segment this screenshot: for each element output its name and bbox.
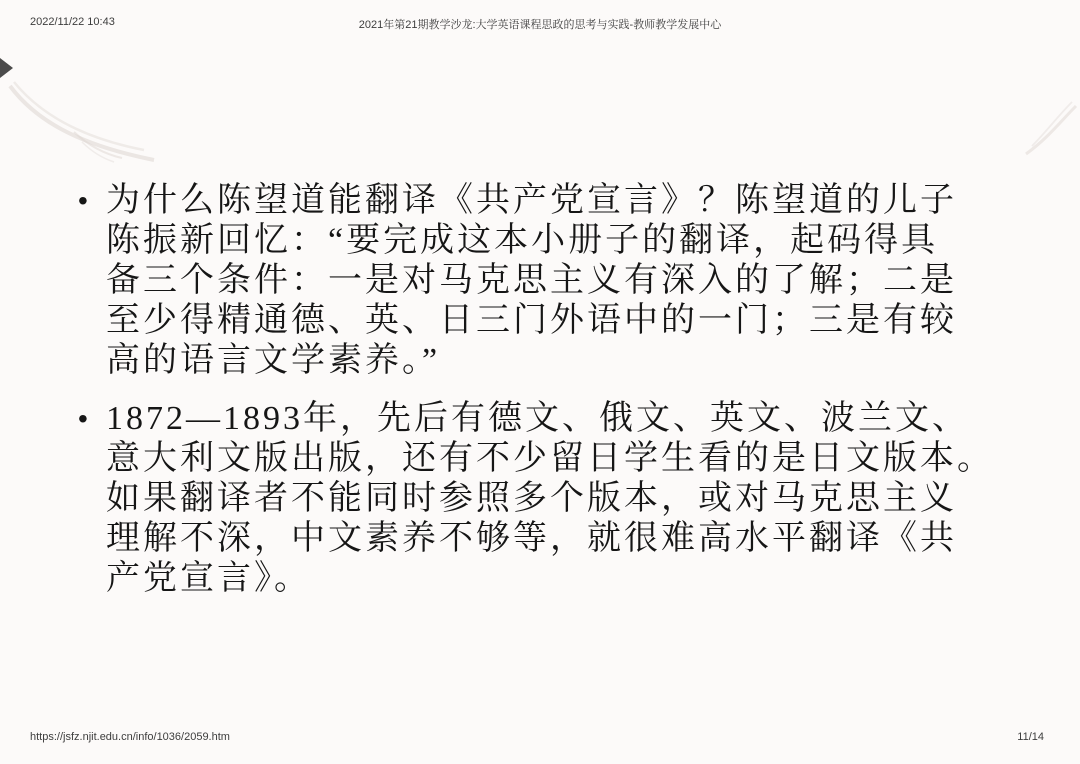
bullet-item: • 1872—1893年，先后有德文、俄文、英文、波兰文、 意大利文版出版，还有…	[84, 399, 1040, 599]
source-url: https://jsfz.njit.edu.cn/info/1036/2059.…	[30, 731, 230, 743]
feather-decoration-right-icon	[1012, 96, 1080, 166]
text-line: 至少得精通德、英、日三门外语中的一门；三是有较	[106, 301, 1040, 341]
text-line: 1872—1893年，先后有德文、俄文、英文、波兰文、	[106, 399, 1040, 439]
document-title: 2021年第21期教学沙龙:大学英语课程思政的思考与实践-教师教学发展中心	[0, 16, 1080, 32]
print-preview-page: 2022/11/22 10:43 2021年第21期教学沙龙:大学英语课程思政的…	[0, 0, 1080, 764]
text-line: 意大利文版出版，还有不少留日学生看的是日文版本。	[106, 439, 1040, 479]
page-number: 11/14	[1017, 731, 1044, 743]
text-line: 理解不深，中文素养不够等，就很难高水平翻译《共	[106, 519, 1040, 559]
bullet-marker: •	[78, 181, 88, 221]
text-line: 陈振新回忆：“要完成这本小册子的翻译，起码得具	[106, 221, 1040, 261]
text-line: 高的语言文学素养。”	[106, 341, 1040, 381]
feather-decoration-left-icon	[4, 72, 184, 182]
corner-wedge-mark	[0, 58, 13, 78]
bullet-item: • 为什么陈望道能翻译《共产党宣言》？陈望道的儿子 陈振新回忆：“要完成这本小册…	[84, 181, 1040, 381]
slide-content: • 为什么陈望道能翻译《共产党宣言》？陈望道的儿子 陈振新回忆：“要完成这本小册…	[84, 181, 1040, 617]
text-line: 如果翻译者不能同时参照多个版本，或对马克思主义	[106, 479, 1040, 519]
print-footer: https://jsfz.njit.edu.cn/info/1036/2059.…	[0, 731, 1080, 747]
print-header: 2022/11/22 10:43 2021年第21期教学沙龙:大学英语课程思政的…	[0, 16, 1080, 32]
bullet-marker: •	[78, 399, 88, 439]
text-line: 为什么陈望道能翻译《共产党宣言》？陈望道的儿子	[106, 181, 1040, 221]
text-line: 产党宣言》。	[106, 559, 1040, 599]
text-line: 备三个条件：一是对马克思主义有深入的了解；二是	[106, 261, 1040, 301]
